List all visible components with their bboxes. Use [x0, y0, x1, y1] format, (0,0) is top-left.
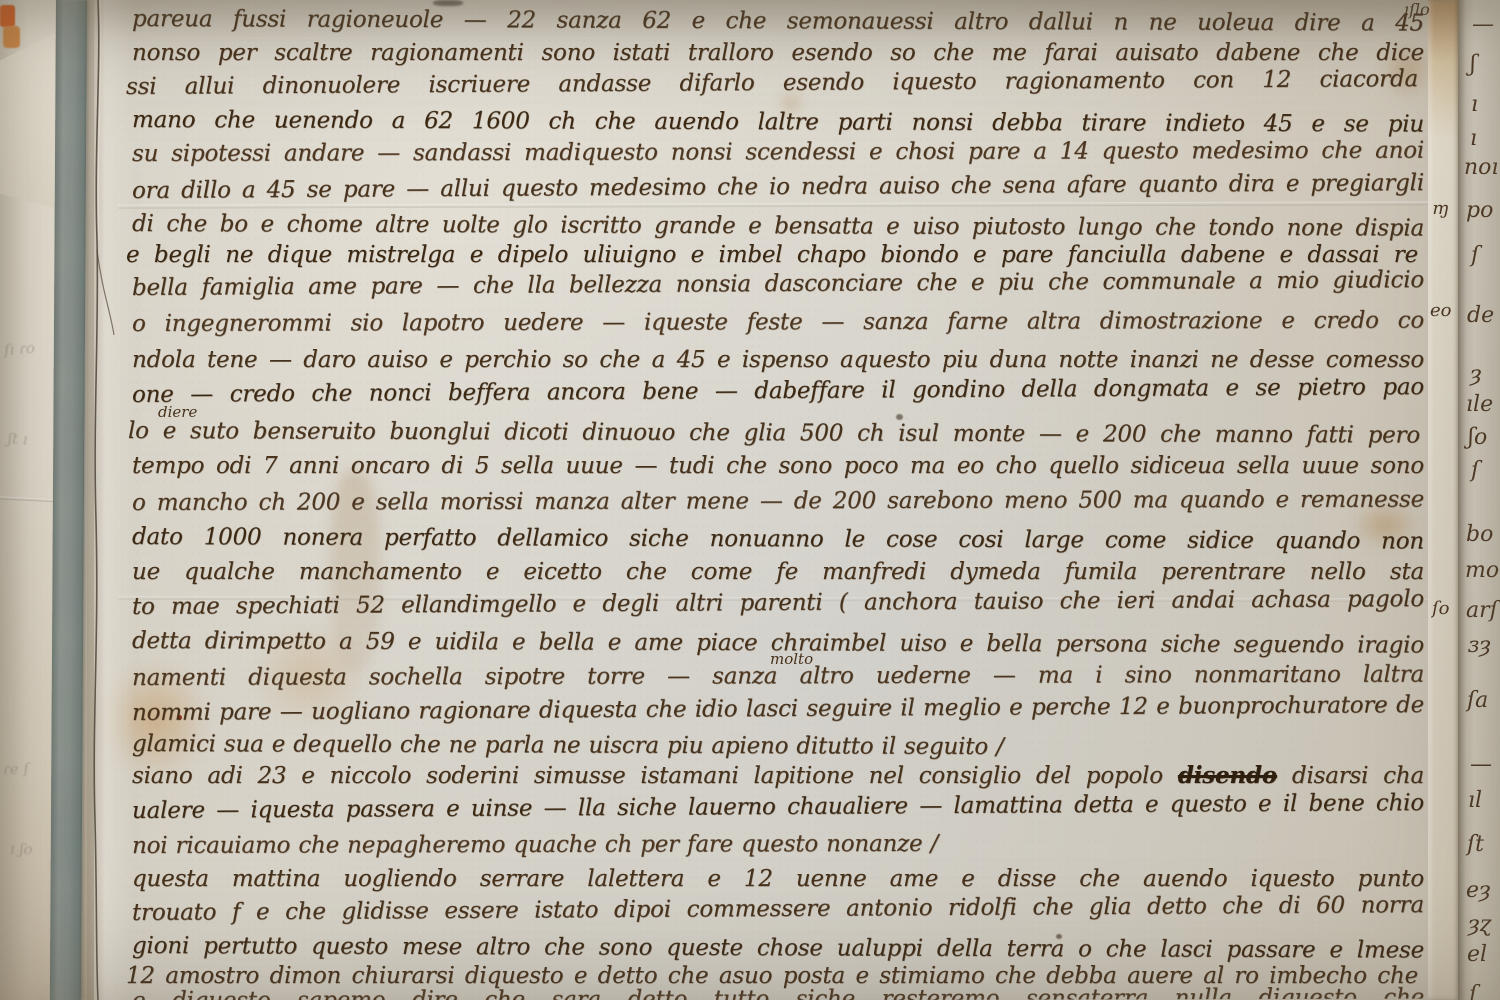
photo-vignette — [0, 0, 1500, 1000]
